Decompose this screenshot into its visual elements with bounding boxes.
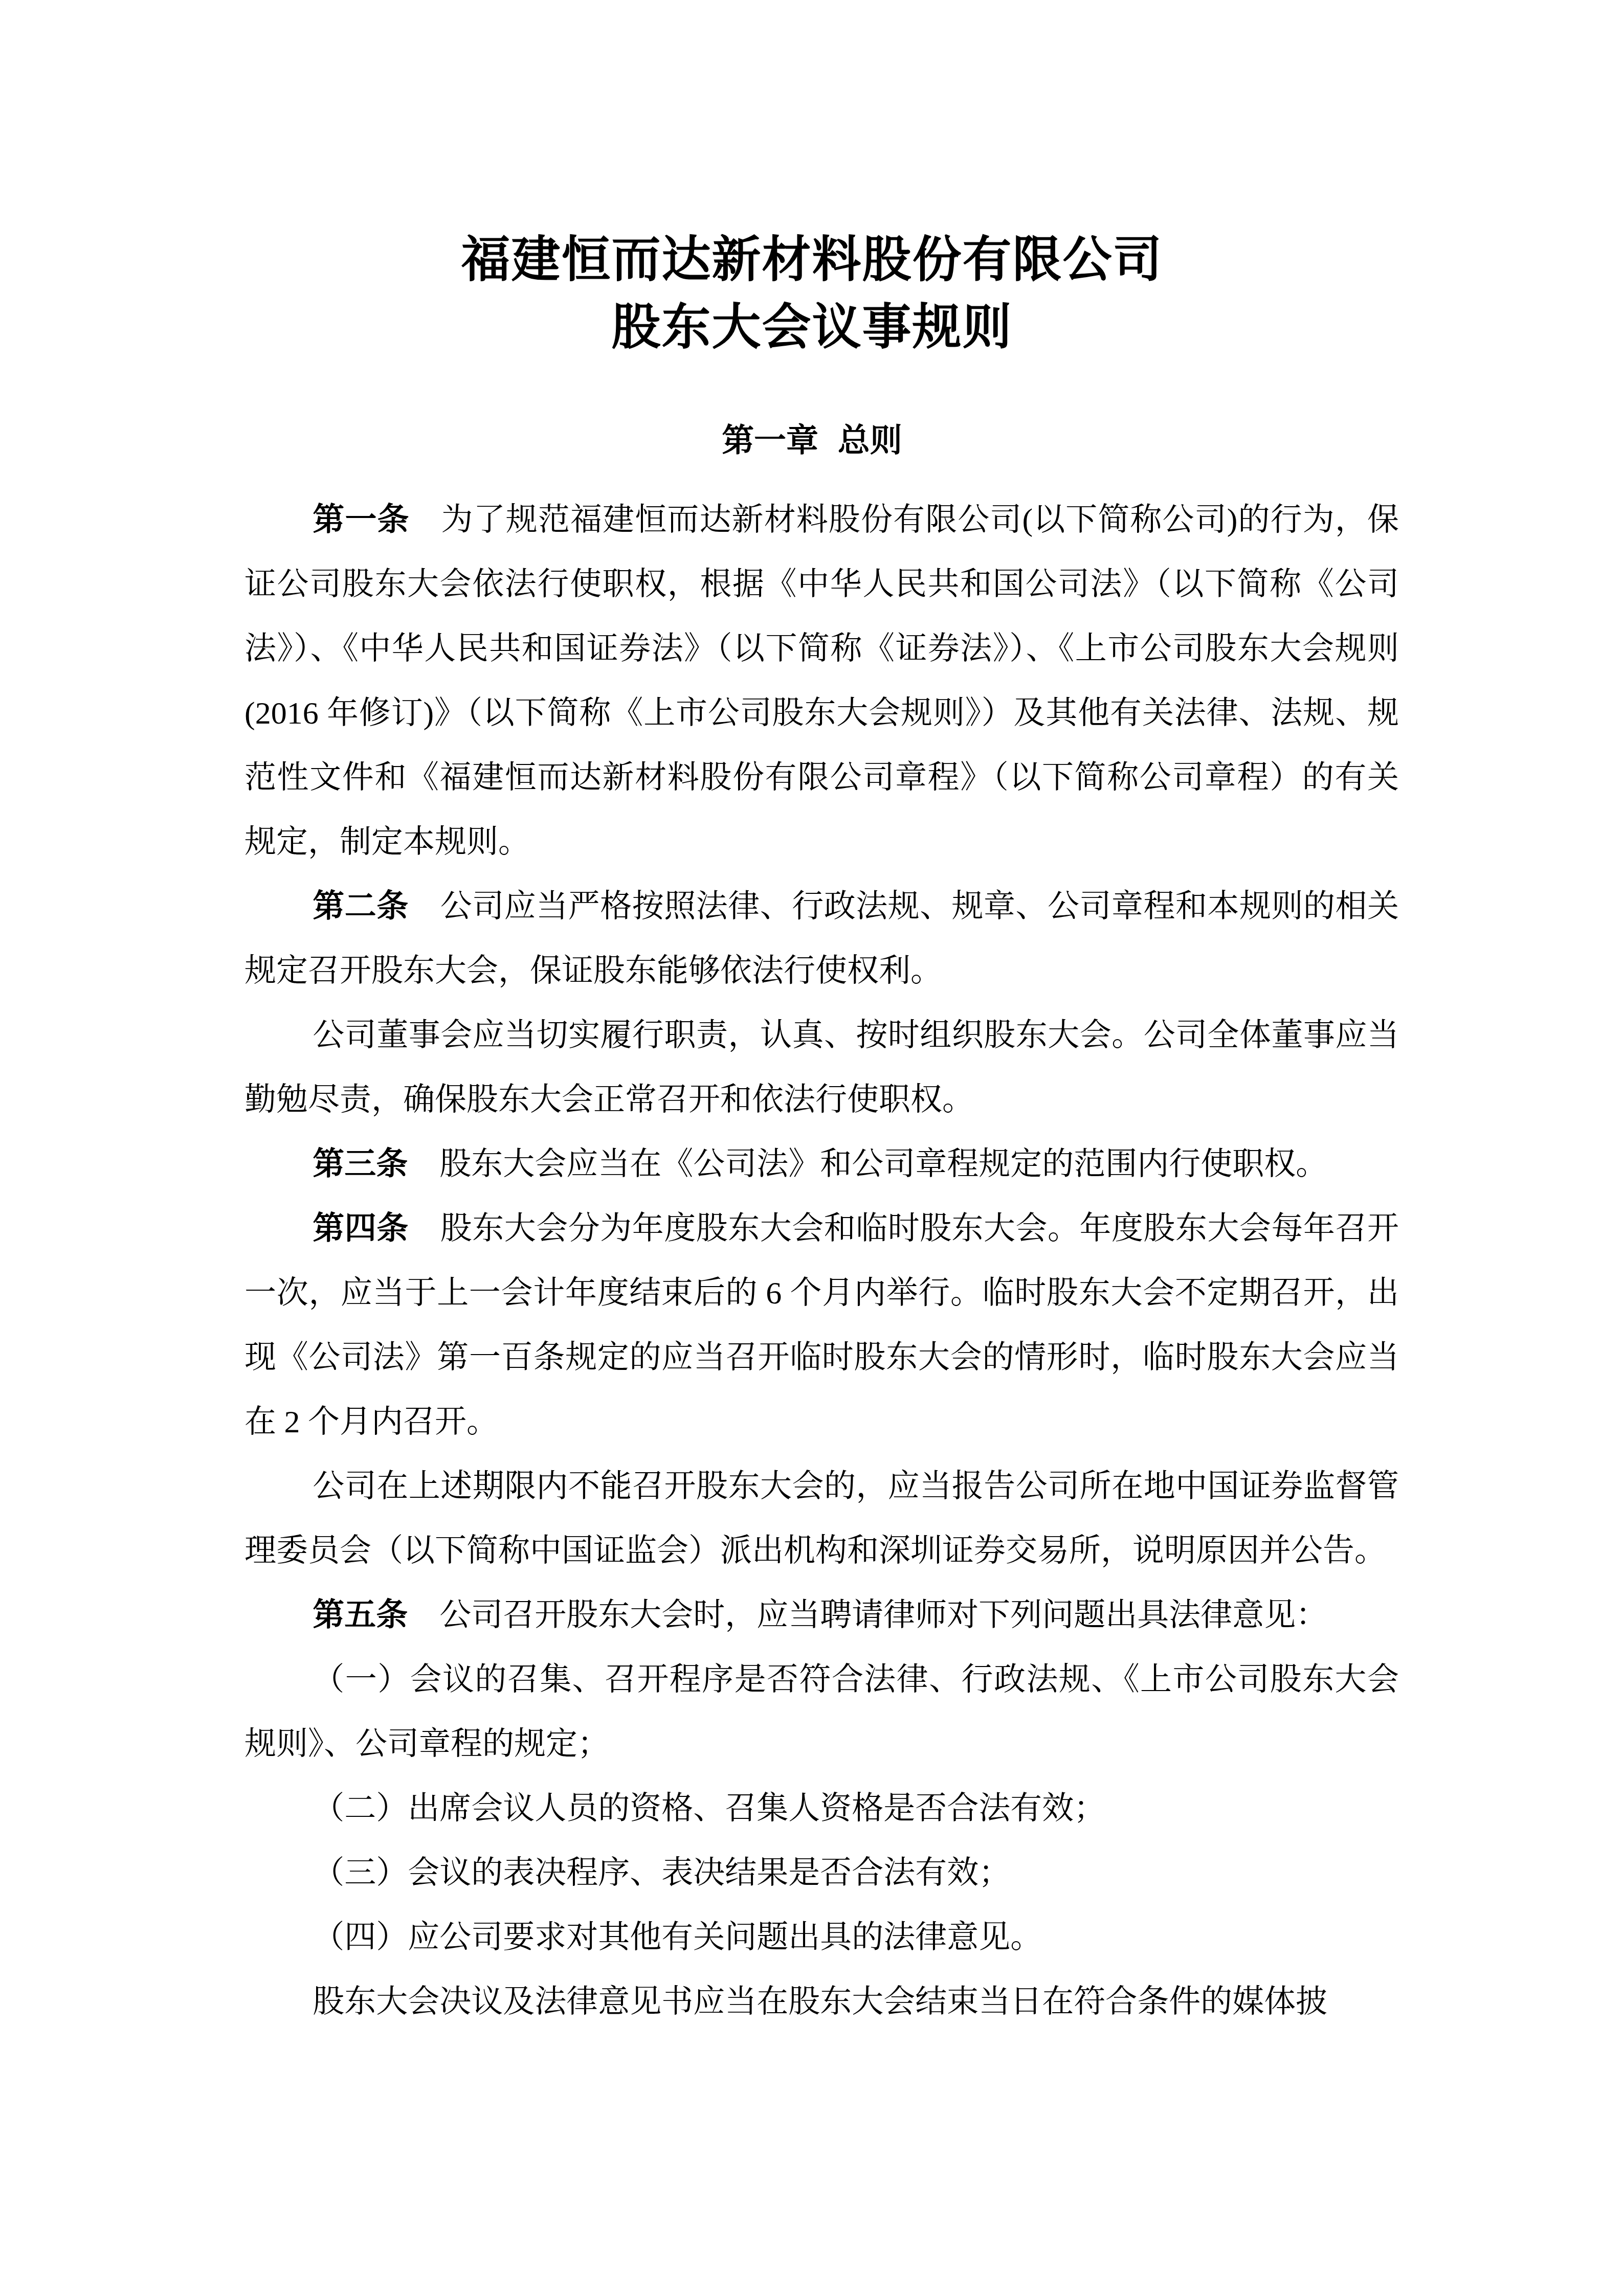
paragraph-text: 公司召开股东大会时，应当聘请律师对下列问题出具法律意见： bbox=[439, 1598, 1327, 1633]
paragraph-text: 股东大会决议及法律意见书应当在股东大会结束当日在符合条件的媒体披 bbox=[313, 1985, 1327, 2019]
paragraph-text: （一）会议的召集、召开程序是否符合法律、行政法规、《上市公司股东大会规则》、公司… bbox=[244, 1662, 1399, 1762]
document-title-line2: 股东大会议事规则 bbox=[0, 294, 1624, 361]
paragraph-text: （四）应公司要求对其他有关问题出具的法律意见。 bbox=[313, 1920, 1042, 1955]
paragraph-text: 公司应当严格按照法律、行政法规、规章、公司章程和本规则的相关规定召开股东大会，保… bbox=[244, 889, 1399, 988]
paragraph-text: 股东大会分为年度股东大会和临时股东大会。年度股东大会每年召开一次，应当于上一会计… bbox=[244, 1211, 1399, 1439]
document-page: 福建恒而达新材料股份有限公司 股东大会议事规则 第一章 总则 第一条为了规范福建… bbox=[0, 0, 1624, 2296]
paragraph: （二）出席会议人员的资格、召集人资格是否合法有效； bbox=[244, 1776, 1399, 1841]
document-title-line1: 福建恒而达新材料股份有限公司 bbox=[0, 226, 1624, 294]
document-title: 福建恒而达新材料股份有限公司 股东大会议事规则 bbox=[0, 33, 1624, 361]
chapter-heading: 第一章 总则 bbox=[0, 420, 1624, 461]
paragraph: 公司董事会应当切实履行职责，认真、按时组织股东大会。公司全体董事应当勤勉尽责，确… bbox=[244, 1003, 1399, 1132]
paragraph-text: 公司董事会应当切实履行职责，认真、按时组织股东大会。公司全体董事应当勤勉尽责，确… bbox=[244, 1018, 1399, 1117]
article-label: 第一条 bbox=[313, 503, 409, 537]
paragraph: 股东大会决议及法律意见书应当在股东大会结束当日在符合条件的媒体披 bbox=[244, 1970, 1399, 2034]
article-label: 第四条 bbox=[313, 1211, 408, 1246]
paragraph: （三）会议的表决程序、表决结果是否合法有效； bbox=[244, 1841, 1399, 1905]
paragraph: 第五条公司召开股东大会时，应当聘请律师对下列问题出具法律意见： bbox=[244, 1583, 1399, 1648]
paragraph: 第四条股东大会分为年度股东大会和临时股东大会。年度股东大会每年召开一次，应当于上… bbox=[244, 1197, 1399, 1454]
paragraph: 第三条股东大会应当在《公司法》和公司章程规定的范围内行使职权。 bbox=[244, 1132, 1399, 1197]
paragraph: （四）应公司要求对其他有关问题出具的法律意见。 bbox=[244, 1905, 1399, 1970]
paragraph-text: （二）出席会议人员的资格、召集人资格是否合法有效； bbox=[313, 1791, 1105, 1826]
paragraph-text: 公司在上述期限内不能召开股东大会的，应当报告公司所在地中国证券监督管理委员会（以… bbox=[244, 1469, 1399, 1568]
paragraph-list: 第一条为了规范福建恒而达新材料股份有限公司(以下简称公司)的行为，保证公司股东大… bbox=[244, 488, 1399, 2034]
paragraph-text: （三）会议的表决程序、表决结果是否合法有效； bbox=[313, 1856, 1010, 1890]
paragraph: 公司在上述期限内不能召开股东大会的，应当报告公司所在地中国证券监督管理委员会（以… bbox=[244, 1454, 1399, 1583]
paragraph: 第一条为了规范福建恒而达新材料股份有限公司(以下简称公司)的行为，保证公司股东大… bbox=[244, 488, 1399, 874]
paragraph: （一）会议的召集、召开程序是否符合法律、行政法规、《上市公司股东大会规则》、公司… bbox=[244, 1648, 1399, 1776]
article-label: 第三条 bbox=[313, 1147, 408, 1182]
paragraph-text: 为了规范福建恒而达新材料股份有限公司(以下简称公司)的行为，保证公司股东大会依法… bbox=[244, 503, 1399, 860]
paragraph-text: 股东大会应当在《公司法》和公司章程规定的范围内行使职权。 bbox=[439, 1147, 1327, 1182]
paragraph: 第二条公司应当严格按照法律、行政法规、规章、公司章程和本规则的相关规定召开股东大… bbox=[244, 874, 1399, 1003]
article-label: 第二条 bbox=[313, 889, 408, 924]
article-label: 第五条 bbox=[313, 1598, 408, 1633]
